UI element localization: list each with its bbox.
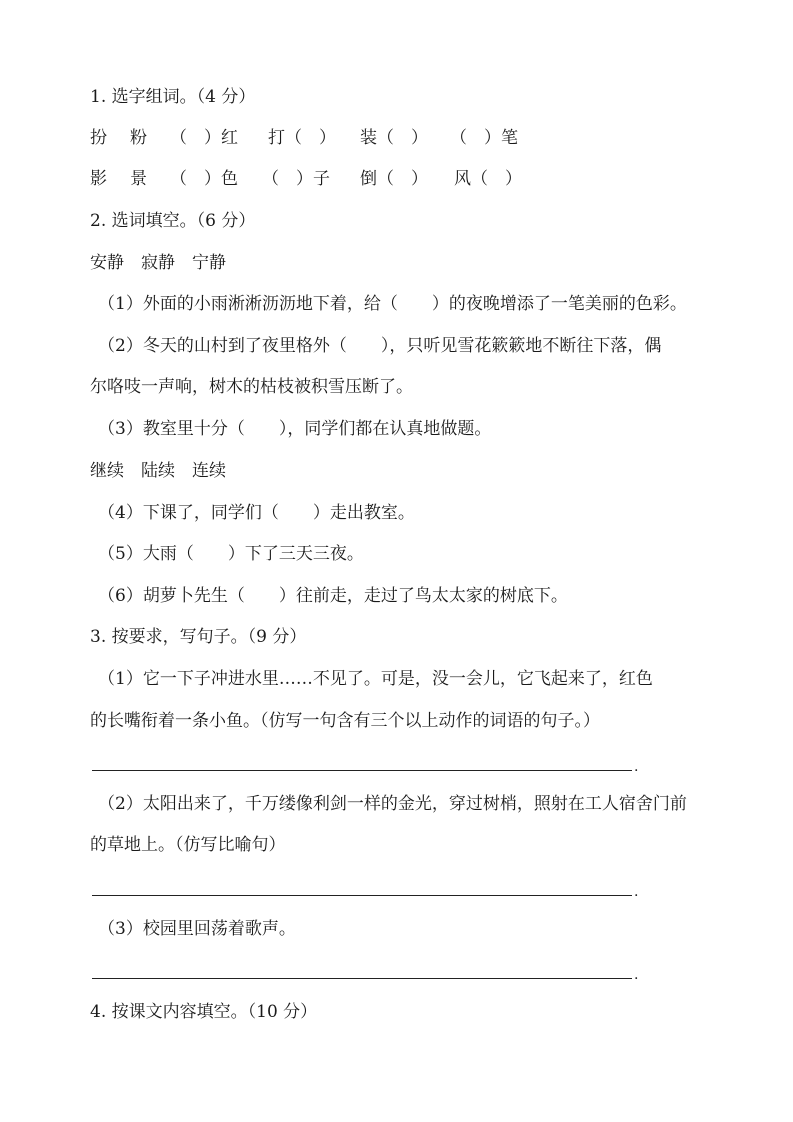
q2-item-3: （3）教室里十分（ ），同学们都在认真地做题。 [98,418,491,440]
q1-title: 1. 选字组词。（4 分） [90,86,255,108]
q1-blank[interactable]: 倒（ ） [360,168,428,190]
answer-line-3[interactable] [92,978,632,979]
answer-end-dot: . [634,762,638,772]
q2-item-6: （6）胡萝卜先生（ ）往前走，走过了鸟太太家的树底下。 [98,585,568,607]
q3-title: 3. 按要求，写句子。（9 分） [90,626,306,648]
q2-item-4: （4）下课了，同学们（ ）走出教室。 [98,502,415,524]
q2-word-bank-2: 继续 陆续 连续 [90,460,226,482]
q1-char: 粉 [130,127,147,149]
q2-title: 2. 选词填空。（6 分） [90,210,255,232]
q1-blank[interactable]: 风（ ） [454,168,522,190]
q1-blank[interactable]: （ ）笔 [450,127,518,149]
q1-blank[interactable]: （ ）子 [262,168,330,190]
q1-char: 景 [130,168,147,190]
q1-blank[interactable]: （ ）色 [170,168,238,190]
q3-item-3: （3）校园里回荡着歌声。 [98,918,296,940]
q2-item-1: （1）外面的小雨淅淅沥沥地下着，给（ ）的夜晚增添了一笔美丽的色彩。 [98,293,687,315]
q1-blank[interactable]: 装（ ） [360,127,428,149]
q2-item-2-cont: 尔咯吱一声响，树木的枯枝被积雪压断了。 [90,376,413,398]
answer-end-dot: . [634,887,638,897]
q4-title: 4. 按课文内容填空。（10 分） [90,1001,317,1023]
q1-blank[interactable]: 打（ ） [268,127,336,149]
q1-blank[interactable]: （ ）红 [170,127,238,149]
answer-end-dot: . [634,970,638,980]
q3-item-1-cont: 的长嘴衔着一条小鱼。（仿写一句含有三个以上动作的词语的句子。） [90,710,600,732]
q2-item-2: （2）冬天的山村到了夜里格外（ ），只听见雪花簌簌地不断往下落，偶 [98,335,661,357]
q3-item-1: （1）它一下子冲进水里……不见了。可是，没一会儿，它飞起来了，红色 [98,668,653,690]
q2-item-5: （5）大雨（ ）下了三天三夜。 [98,543,364,565]
answer-line-2[interactable] [92,895,632,896]
q3-item-2-cont: 的草地上。（仿写比喻句） [90,834,286,856]
q3-item-2: （2）太阳出来了，千万缕像利剑一样的金光，穿过树梢，照射在工人宿舍门前 [98,793,687,815]
q1-char: 影 [90,168,107,190]
q2-word-bank-1: 安静 寂静 宁静 [90,252,226,274]
q1-char: 扮 [90,127,107,149]
answer-line-1[interactable] [92,770,632,771]
